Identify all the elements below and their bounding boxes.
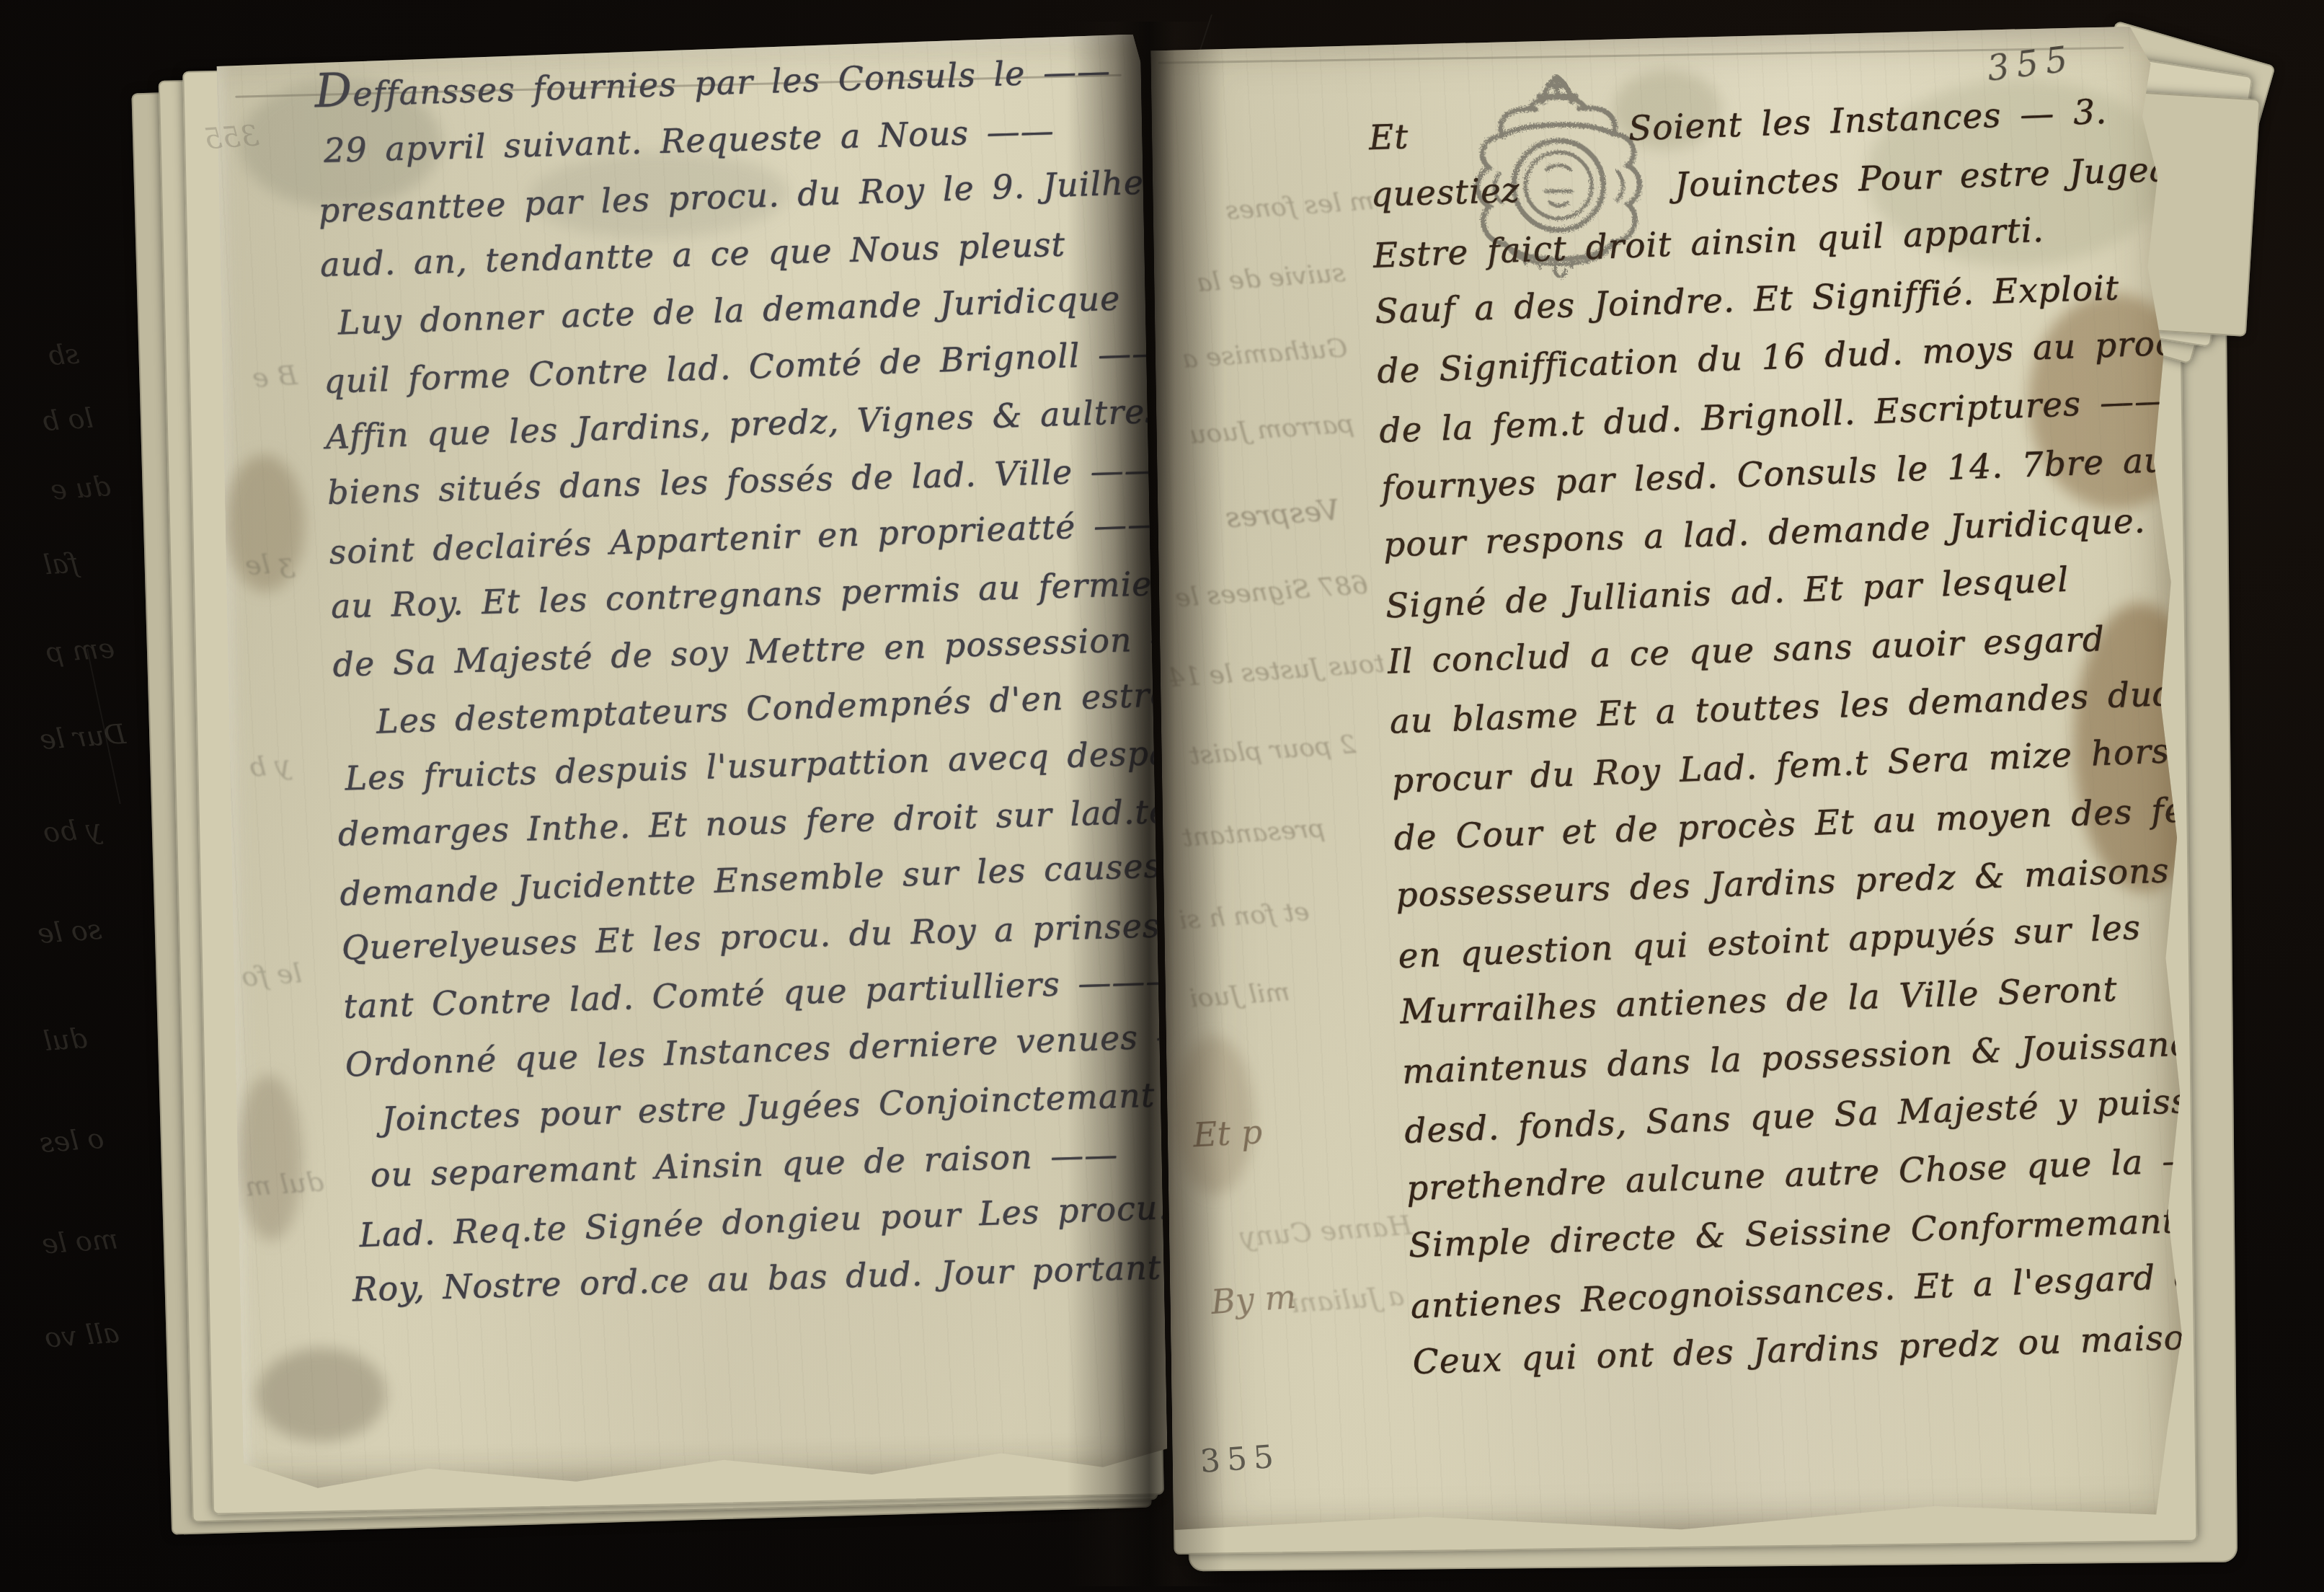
left-page-text: Deffansses fournies par les Consuls le —… xyxy=(314,37,1168,1320)
background-scratch xyxy=(87,649,121,805)
stain xyxy=(224,454,306,593)
bleedthrough-text: fal xyxy=(43,547,80,580)
line-fragment: Et xyxy=(1368,107,1410,167)
bleedthrough-text: em p xyxy=(45,632,116,669)
crease-line xyxy=(1158,47,2124,64)
bleedthrough-text: mo le xyxy=(41,1223,119,1260)
bleedthrough-text: so le xyxy=(37,914,103,950)
photograph-of-open-manuscript: Deffansses fournies par les Consuls le —… xyxy=(0,0,2324,1592)
bleedthrough-text: lo b xyxy=(41,402,94,438)
folio-number-top: 355 xyxy=(1985,39,2077,89)
bleedthrough-text: all vo xyxy=(44,1317,120,1353)
folio-number-bottom: 355 xyxy=(1199,1438,1281,1480)
right-page-text: Et Soient les Instances — 3. questiez Jo… xyxy=(1368,81,2189,1393)
bleedthrough-text: Dur le xyxy=(39,718,128,756)
stain xyxy=(256,1347,387,1443)
stain xyxy=(1174,1035,1255,1195)
line-fragment: questiez xyxy=(1370,162,1520,225)
right-page: 355 355 Et Soient les Instances — 3. que… xyxy=(1150,26,2189,1545)
bleedthrough-text: y bo xyxy=(43,813,103,849)
left-page: Deffansses fournies par les Consuls le —… xyxy=(216,34,1168,1492)
stain xyxy=(236,1074,303,1242)
bleedthrough-text: du e xyxy=(50,470,112,506)
bleedthrough-text: sb xyxy=(47,338,81,372)
bleedthrough-text: o les xyxy=(39,1123,105,1159)
bleedthrough-text: dul xyxy=(43,1022,89,1057)
